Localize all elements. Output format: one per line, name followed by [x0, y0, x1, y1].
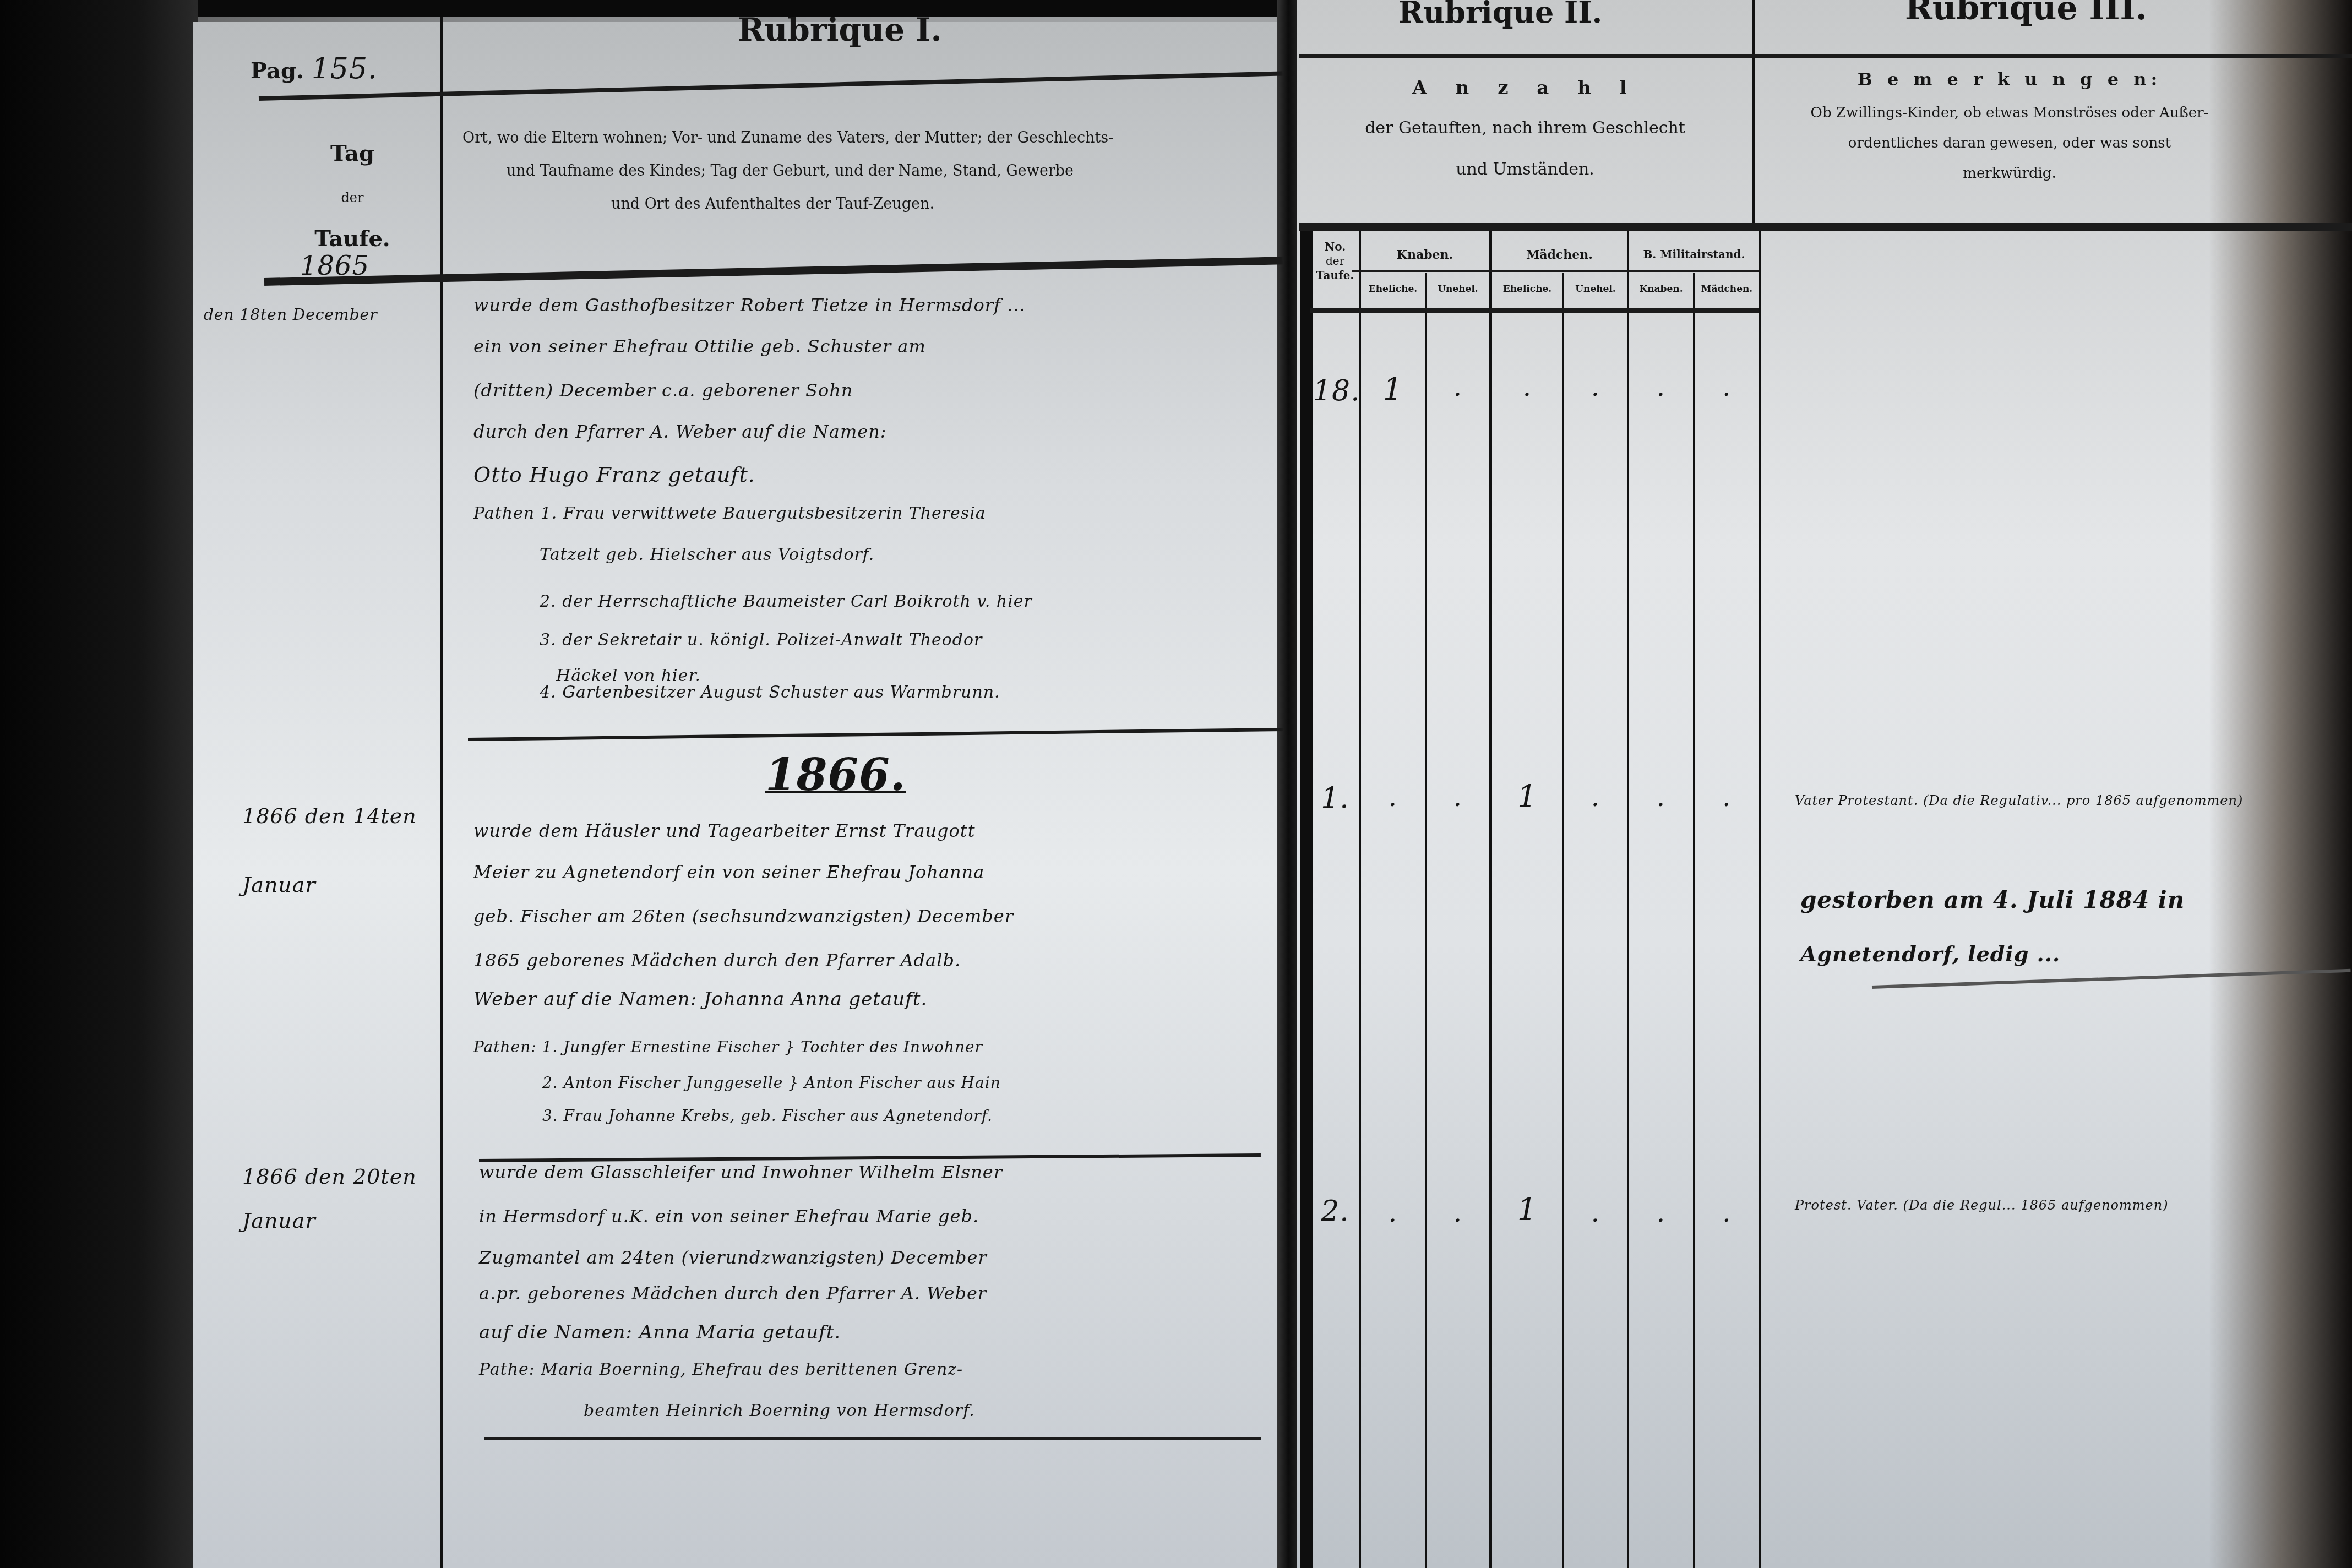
entry-2-date: Januar: [242, 873, 316, 897]
table-header-bottom-rule: [1310, 308, 1759, 313]
count-header-line-2: der Getauften, nach ihrem Geschlecht: [1299, 118, 1751, 138]
row-value: .: [1564, 782, 1627, 813]
year-1865: 1865: [300, 251, 369, 281]
entry-3-line: Zugmantel am 24ten (vierundzwanzigsten) …: [479, 1247, 987, 1268]
page-label: Pag. 155.: [251, 52, 378, 85]
table-col-divider: [1627, 231, 1629, 1568]
table-col-divider: [1693, 273, 1695, 1568]
right-header-rule: [1299, 54, 2352, 58]
remarks-header-line-2: Ob Zwillings-Kinder, ob etwas Monströses…: [1756, 105, 2263, 121]
table-subheader: Unehel.: [1427, 284, 1489, 295]
entry-3-date: 1866 den 20ten: [242, 1164, 417, 1189]
row-value: .: [1427, 1197, 1489, 1228]
rubric-iii-title: Rubrique III.: [1905, 0, 2147, 28]
entry-1-line: durch den Pfarrer A. Weber auf die Namen…: [473, 421, 887, 442]
row-value: .: [1564, 372, 1627, 402]
count-header-title: A n z a h l: [1299, 77, 1751, 99]
entry-2-line: Meier zu Agnetendorf ein von seiner Ehef…: [473, 862, 984, 883]
table-col-divider: [1359, 231, 1361, 1568]
table-subheader: Mädchen.: [1695, 284, 1759, 295]
row-value: .: [1695, 372, 1759, 402]
day-header-taufe: Taufe.: [292, 226, 413, 252]
details-header-line-2: und Taufname des Kindes; Tag der Geburt,…: [507, 162, 1074, 179]
row-no: 2.: [1313, 1195, 1357, 1228]
year-heading-1866: 1866.: [765, 749, 906, 801]
table-subheader: Knaben.: [1629, 284, 1693, 295]
entry-separator: [484, 1437, 1261, 1440]
entry-1-godparent: 2. der Herrschaftliche Baumeister Carl B…: [540, 592, 1032, 611]
book-gutter: [1277, 0, 1299, 1568]
entry-3-line: a.pr. geborenes Mädchen durch den Pfarre…: [479, 1283, 987, 1304]
entry-3-godparent: Pathe: Maria Boerning, Ehefrau des berit…: [479, 1360, 963, 1379]
right-header-bottom-rule: [1299, 223, 2352, 231]
remark-entry-2: Vater Protestant. (Da die Regulativ... p…: [1795, 793, 2243, 808]
entry-1-godparent: Pathen 1. Frau verwittwete Bauergutsbesi…: [473, 504, 986, 523]
entry-3-line: wurde dem Glasschleifer und Inwohner Wil…: [479, 1162, 1003, 1183]
table-subheader: Eheliche.: [1492, 284, 1562, 295]
entry-3-line: in Hermsdorf u.K. ein von seiner Ehefrau…: [479, 1206, 979, 1227]
row-no: 18.: [1313, 374, 1357, 407]
table-subheader: Unehel.: [1564, 284, 1627, 295]
count-header-line-3: und Umständen.: [1299, 160, 1751, 179]
day-header-tag: Tag: [308, 140, 396, 166]
entry-2-godparent: 2. Anton Fischer Junggeselle } Anton Fis…: [542, 1074, 1001, 1092]
entry-3-godparent: beamten Heinrich Boerning von Hermsdorf.: [584, 1401, 975, 1420]
row-value: .: [1427, 782, 1489, 813]
remarks-header-title: B e m e r k u n g e n:: [1756, 69, 2263, 90]
entry-2-godparent: Pathen: 1. Jungfer Ernestine Fischer } T…: [473, 1038, 983, 1056]
entry-2-godparent: 3. Frau Johanne Krebs, geb. Fischer aus …: [542, 1107, 993, 1125]
row-value: .: [1361, 782, 1425, 813]
table-col-divider: [1489, 231, 1492, 1568]
entry-2-date: 1866 den 14ten: [242, 804, 417, 828]
table-subheader-rule: [1352, 270, 1759, 272]
remark-entry-3: Protest. Vater. (Da die Regul... 1865 au…: [1795, 1197, 2169, 1213]
entry-2-child-name: Weber auf die Namen: Johanna Anna getauf…: [473, 988, 927, 1010]
day-header-der: der: [308, 190, 396, 205]
details-header-line-3: und Ort des Aufenthaltes der Tauf-Zeugen…: [611, 195, 934, 213]
row-value: 1: [1492, 1192, 1562, 1228]
entry-3-date: Januar: [242, 1208, 316, 1233]
table-subheader: Eheliche.: [1361, 284, 1425, 295]
table-col-divider: [1562, 273, 1564, 1568]
row-no: 1.: [1313, 782, 1357, 815]
table-col-divider: [1759, 231, 1761, 1568]
entry-1-line: (dritten) December c.a. geborener Sohn: [473, 380, 853, 401]
remark-entry-2-death: Agnetendorf, ledig ...: [1800, 941, 2060, 966]
remark-entry-2-death: gestorben am 4. Juli 1884 in: [1800, 886, 2185, 913]
table-header-knaben: Knaben.: [1361, 248, 1489, 262]
table-header-no: No. der Taufe.: [1313, 239, 1357, 282]
entry-1-date: den 18ten December: [204, 306, 378, 324]
row-value: .: [1361, 1197, 1425, 1228]
row-value: 1: [1361, 372, 1425, 407]
day-column-divider: [440, 17, 443, 1568]
entry-3-child-name: auf die Namen: Anna Maria getauft.: [479, 1321, 841, 1343]
entry-1-godparent: 4. Gartenbesitzer August Schuster aus Wa…: [540, 683, 1000, 702]
remarks-header-line-4: merkwürdig.: [1756, 165, 2263, 182]
row-value: .: [1629, 372, 1693, 402]
entry-2-line: 1865 geborenes Mädchen durch den Pfarrer…: [473, 950, 961, 971]
row-value: .: [1427, 372, 1489, 402]
row-value: .: [1492, 372, 1562, 402]
entry-1-line: wurde dem Gasthofbesitzer Robert Tietze …: [473, 295, 1026, 315]
page-number: 155.: [312, 52, 378, 85]
row-value: .: [1695, 782, 1759, 813]
entry-2-line: wurde dem Häusler und Tagearbeiter Ernst…: [473, 820, 976, 841]
remarks-header-line-3: ordentliches daran gewesen, oder was son…: [1756, 135, 2263, 151]
row-value: .: [1629, 1197, 1693, 1228]
entry-1-child-name: Otto Hugo Franz getauft.: [473, 462, 755, 487]
details-header-line-1: Ort, wo die Eltern wohnen; Vor- und Zuna…: [462, 129, 1113, 146]
rubric-i-title: Rubrique I.: [738, 11, 942, 48]
entry-1-godparent: Tatzelt geb. Hielscher aus Voigtsdorf.: [540, 545, 874, 564]
table-col-divider: [1425, 273, 1427, 1568]
table-header-militair: B. Militairstand.: [1629, 248, 1759, 261]
rubric-ii-title: Rubrique II.: [1398, 0, 1602, 30]
rubric-divider: [1752, 0, 1755, 231]
row-value: .: [1695, 1197, 1759, 1228]
row-value: 1: [1492, 779, 1562, 815]
entry-1-line: ein von seiner Ehefrau Ottilie geb. Schu…: [473, 336, 926, 357]
right-page-gutter-rule: [1300, 231, 1313, 1568]
row-value: .: [1629, 782, 1693, 813]
table-header-maedchen: Mädchen.: [1492, 248, 1627, 262]
row-value: .: [1564, 1197, 1627, 1228]
entry-1-godparent: 3. der Sekretair u. königl. Polizei-Anwa…: [540, 630, 982, 650]
entry-2-line: geb. Fischer am 26ten (sechsundzwanzigst…: [473, 906, 1014, 927]
scan-right-shadow: [2209, 0, 2352, 1568]
book-cover-edge: [0, 0, 198, 1568]
